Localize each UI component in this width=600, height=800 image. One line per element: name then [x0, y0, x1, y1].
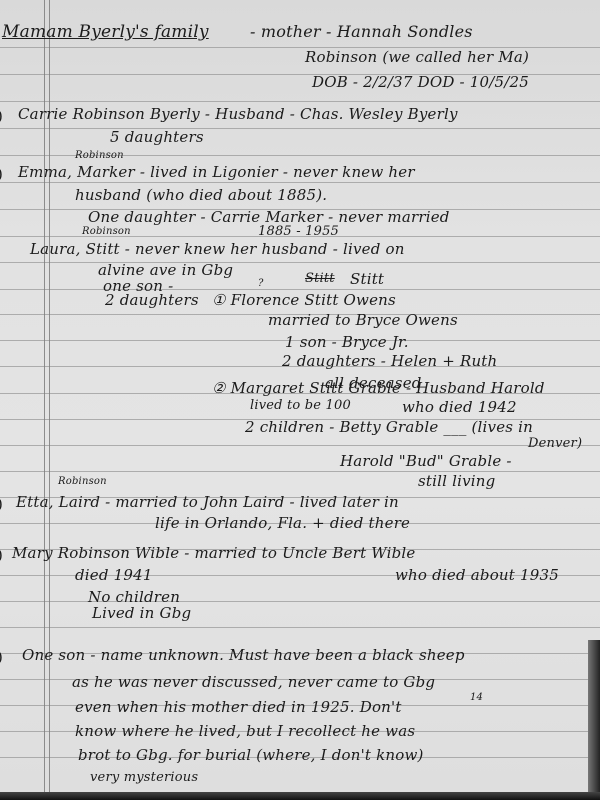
entry-laura-struck-name: Stitt	[305, 271, 335, 286]
entry-laura-margaret-age: lived to be 100	[250, 398, 351, 413]
entry-laura-florence-daughters: 2 daughters - Helen + Ruth	[282, 352, 497, 370]
entry-laura-florence-son: 1 son - Bryce Jr.	[285, 333, 409, 351]
paper-edge-shadow	[588, 640, 600, 800]
entry-laura-margaret-husband-died: who died 1942	[402, 398, 517, 416]
entry-son-line-2: as he was never discussed, never came to…	[72, 673, 435, 691]
entry-laura-florence-married: married to Bryce Owens	[268, 311, 458, 329]
entry-mary-line-1: Mary Robinson Wible - married to Uncle B…	[12, 544, 416, 562]
entry-laura-line-1: Laura, Stitt - never knew her husband - …	[30, 240, 405, 258]
entry-son-line-5: brot to Gbg. for burial (where, I don't …	[78, 746, 424, 764]
entry-emma-line-1: Emma, Marker - lived in Ligonier - never…	[18, 163, 415, 181]
heading-line-2: Robinson (we called her Ma)	[305, 48, 529, 66]
heading-mother: - mother - Hannah Sondles	[250, 22, 473, 41]
entry-son-annotation: 14	[470, 692, 483, 703]
entry-marker: )	[0, 648, 3, 666]
entry-mary-husband-died: who died about 1935	[395, 566, 559, 584]
entry-laura-florence: ① Florence Stitt Owens	[212, 291, 396, 309]
entry-carrie-line-1: Carrie Robinson Byerly - Husband - Chas.…	[18, 105, 458, 123]
entry-mary-died: died 1941	[75, 566, 153, 584]
entry-mary-lived: Lived in Gbg	[92, 604, 191, 622]
entry-emma-line-2: husband (who died about 1885).	[75, 186, 327, 204]
entry-etta-line-2: life in Orlando, Fla. + died there	[155, 514, 410, 532]
entry-son-line-1: One son - name unknown. Must have been a…	[22, 646, 465, 664]
entry-son-line-6: very mysterious	[90, 770, 198, 785]
entry-carrie-line-2: 5 daughters	[110, 128, 204, 146]
entry-marker: )	[0, 495, 3, 513]
entry-marker: )	[0, 107, 3, 125]
paper-bottom-edge	[0, 792, 600, 800]
entry-laura-betty-location: Denver)	[528, 436, 582, 451]
entry-laura-margaret-children: 2 children - Betty Grable ___ (lives in	[245, 418, 533, 436]
entry-laura-superscript: Robinson	[82, 226, 131, 237]
entry-laura-margaret: ② Margaret Stitt Grable - Husband Harold	[212, 379, 545, 397]
entry-son-line-4: know where he lived, but I recollect he …	[75, 722, 415, 740]
handwritten-page: Mamam Byerly's family - mother - Hannah …	[0, 0, 600, 800]
entry-laura-question: ?	[258, 278, 264, 289]
entry-son-line-3: even when his mother died in 1925. Don't	[75, 698, 402, 716]
entry-emma-superscript: Robinson	[75, 150, 124, 161]
entry-emma-line-4: 1885 - 1955	[258, 224, 339, 239]
entry-laura-harold: Harold "Bud" Grable -	[340, 452, 512, 470]
entry-marker: )	[0, 546, 3, 564]
entry-laura-daughters: 2 daughters	[105, 291, 199, 309]
heading-dates: DOB - 2/2/37 DOD - 10/5/25	[312, 73, 529, 91]
entry-laura-son-surname: Stitt	[350, 270, 384, 288]
entry-marker: )	[0, 165, 3, 183]
document-title: Mamam Byerly's family	[2, 22, 209, 42]
entry-etta-superscript: Robinson	[58, 476, 107, 487]
entry-laura-harold-living: still living	[418, 472, 495, 490]
entry-etta-line-1: Etta, Laird - married to John Laird - li…	[16, 493, 399, 511]
